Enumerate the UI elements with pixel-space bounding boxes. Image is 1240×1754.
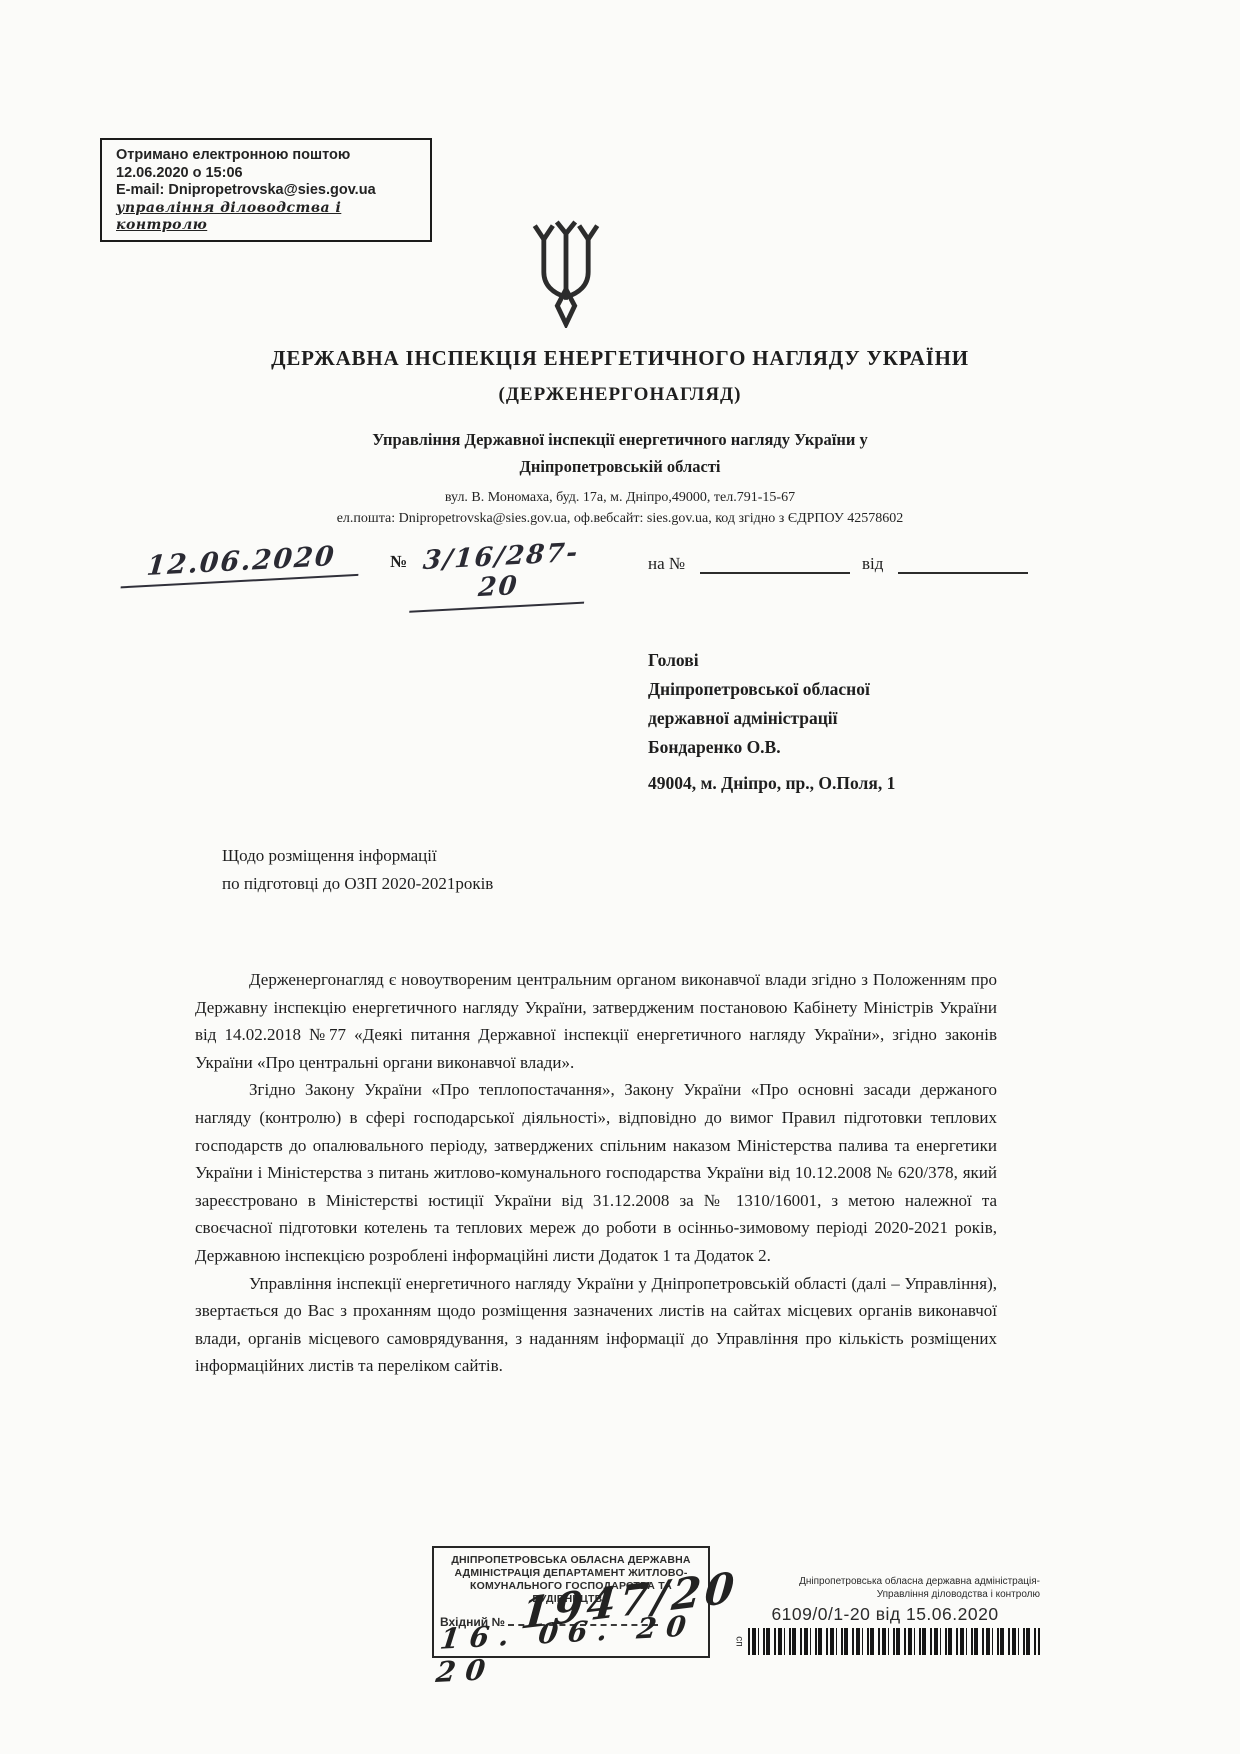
department-line1: Управління Державної інспекції енергетич… (0, 426, 1240, 453)
reply-to-label: на № (648, 554, 685, 574)
org-address-line1: вул. В. Мономаха, буд. 17а, м. Дніпро,49… (0, 487, 1240, 508)
incoming-stamp: ДНІПРОПЕТРОВСЬКА ОБЛАСНА ДЕРЖАВНА АДМІНІ… (432, 1546, 710, 1658)
letter-body: Держенергонагляд є новоутвореним централ… (195, 966, 997, 1380)
barcode-side-label: сп (733, 1636, 744, 1646)
subject-line2: по підготовці до ОЗП 2020-2021років (222, 870, 493, 898)
reply-date-blank-line (898, 554, 1028, 574)
received-stamp: Отримано електронною поштою 12.06.2020 о… (100, 138, 432, 242)
received-stamp-line2: 12.06.2020 о 15:06 (116, 165, 420, 183)
org-address: вул. В. Мономаха, буд. 17а, м. Дніпро,49… (0, 487, 1240, 529)
subject-block: Щодо розміщення інформації по підготовці… (222, 842, 493, 898)
subject-line1: Щодо розміщення інформації (222, 842, 493, 870)
org-name: ДЕРЖАВНА ІНСПЕКЦІЯ ЕНЕРГЕТИЧНОГО НАГЛЯДУ… (0, 346, 1240, 371)
org-short-name: (ДЕРЖЕНЕРГОНАГЛЯД) (0, 384, 1240, 406)
scanned-letter-page: Отримано електронною поштою 12.06.2020 о… (0, 0, 1240, 1754)
addressee-line3: державної адміністрації (648, 704, 870, 733)
addressee-block: Голові Дніпропетровської обласної держав… (648, 646, 870, 762)
org-address-line2: ел.пошта: Dnipropetrovska@sies.gov.ua, о… (0, 508, 1240, 529)
handwritten-incoming-date: 16. 06. 20 20 (434, 1609, 702, 1689)
reply-number-blank-line (700, 554, 850, 574)
registration-number: 6109/0/1-20 від 15.06.2020 (730, 1604, 1040, 1625)
registration-stamp: Дніпропетровська обласна державна адміні… (730, 1576, 1040, 1658)
body-paragraph-2: Згідно Закону України «Про теплопостачан… (195, 1076, 997, 1269)
department-line2: Дніпропетровській області (0, 453, 1240, 480)
addressee-address: 49004, м. Дніпро, пр., О.Поля, 1 (648, 773, 895, 794)
received-stamp-line3: E-mail: Dnipropetrovska@sies.gov.ua (116, 182, 420, 200)
registration-stamp-line1: Дніпропетровська обласна державна адміні… (730, 1576, 1040, 1589)
addressee-line4: Бондаренко О.В. (648, 733, 870, 762)
body-paragraph-1: Держенергонагляд є новоутвореним централ… (195, 966, 997, 1076)
handwritten-date: 12.06.2020 (121, 540, 362, 589)
department-name: Управління Державної інспекції енергетич… (0, 426, 1240, 480)
barcode-row: сп (730, 1628, 1040, 1658)
received-stamp-line1: Отримано електронною поштою (116, 147, 420, 165)
handwritten-outgoing-number: 3/16/287-20 (409, 537, 590, 613)
registration-barcode (748, 1628, 1040, 1655)
addressee-line2: Дніпропетровської обласної (648, 675, 870, 704)
reply-from-label: від (862, 554, 883, 574)
number-sign: № (390, 552, 407, 572)
incoming-stamp-line1: ДНІПРОПЕТРОВСЬКА ОБЛАСНА ДЕРЖАВНА (440, 1554, 702, 1567)
addressee-line1: Голові (648, 646, 870, 675)
ukraine-trident-emblem (520, 220, 612, 333)
body-paragraph-3: Управління інспекції енергетичного нагля… (195, 1270, 997, 1380)
registration-stamp-line2: Управління діловодства і контролю (730, 1589, 1040, 1602)
received-stamp-line4: управління діловодства і контролю (116, 200, 420, 235)
reference-row: 12.06.2020 № 3/16/287-20 на № від (0, 540, 1240, 588)
